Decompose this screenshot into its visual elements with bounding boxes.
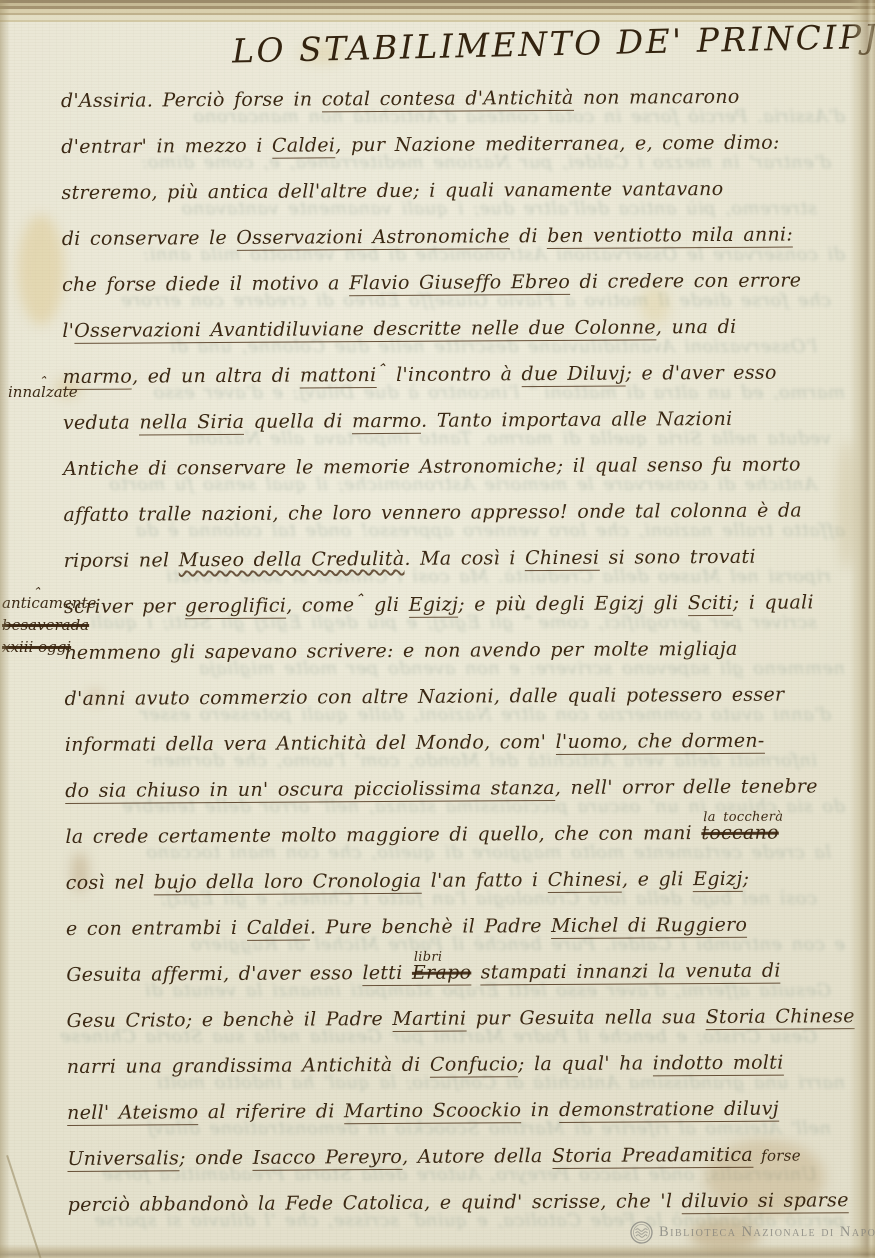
manuscript-line: riporsi nel Museo della Credulità. Ma co… — [64, 543, 868, 574]
manuscript-line: do sia chiuso in un' oscura picciolissim… — [65, 773, 869, 804]
text-segment: veduta — [63, 412, 140, 434]
manuscript-line: nell' Ateismo al riferire di Martino Sco… — [67, 1095, 871, 1126]
text-segment: nemmeno gli sapevano scrivere: e non ave… — [64, 638, 737, 664]
text-segment: . Ma così i — [404, 547, 525, 570]
underlined-text: l'uomo, che dormen- — [556, 730, 765, 755]
manuscript-line: la crede certamente molto maggiore di qu… — [65, 819, 869, 850]
underlined-text: Universalis — [67, 1147, 179, 1172]
manuscript-line: Gesuita affermi, d'aver esso letti libri… — [66, 957, 870, 988]
text-segment: gli — [365, 594, 409, 616]
manuscript-line: e con entrambi i Caldei. Pure benchè il … — [66, 911, 870, 942]
manuscript-line: marmo, ed un altra di mattoni⌃ l'incontr… — [63, 359, 867, 392]
underlined-text: Osservazioni Astronomiche — [236, 225, 510, 251]
text-segment: Gesuita affermi, d'aver esso — [66, 962, 362, 986]
text-segment: streremo, più antica dell'altre due; i q… — [61, 178, 723, 204]
text-segment: che forse diede il motivo a — [62, 272, 349, 296]
manuscript-line: di conservare le Osservazioni Astronomic… — [62, 221, 866, 252]
text-segment: d'Assiria. Perciò forse in — [61, 88, 322, 112]
text-segment: e con entrambi i — [66, 917, 247, 940]
manuscript-line: narri una grandissima Antichità di Confu… — [67, 1049, 871, 1080]
watermark-label: Biblioteca Nazionale di Napoli — [659, 1224, 875, 1241]
underlined-text: Museo della Credulità — [179, 548, 405, 571]
margin-note-anticamente: ⌃ anticamente besaverada xxiii oggi — [2, 592, 96, 658]
manuscript-line: che forse diede il motivo a Flavio Giuse… — [62, 267, 866, 298]
text-segment: non mancarono — [574, 86, 740, 109]
underlined-text: nell' Ateismo — [67, 1101, 199, 1126]
text-segment: , nell' orror delle tenebre — [555, 775, 818, 799]
underlined-text: Storia Preadamitica — [552, 1144, 753, 1169]
interlinear-insertion: la toccherà — [703, 805, 783, 831]
caret-mark: ⌃ — [354, 591, 364, 605]
underlined-text: Egizj — [409, 594, 459, 618]
underlined-text: Confucio — [430, 1053, 518, 1078]
text-segment: perciò abbandonò la Fede Catolica, e qui… — [68, 1190, 682, 1216]
text-segment: l'an fatto i — [421, 869, 548, 892]
text-segment: pur Gesuita nella sua — [466, 1006, 705, 1029]
underlined-text: Isacco Pereyro — [253, 1146, 402, 1171]
underlined-text: diluvio si sparse — [682, 1189, 849, 1214]
underlined-text: due Diluvj — [521, 363, 625, 388]
text-segment: quella di — [244, 410, 352, 433]
text-segment: di — [510, 225, 548, 247]
text-segment: così nel — [66, 871, 154, 894]
manuscript-line: Antiche di conservare le memorie Astrono… — [63, 451, 867, 482]
manuscript-line: informati della vera Antichità del Mondo… — [65, 727, 869, 758]
underlined-text: cotal contesa d'Antichità — [322, 87, 574, 113]
text-segment: , pur Nazione mediterranea, e, come dimo… — [335, 132, 780, 157]
text-segment: ; i quali — [733, 591, 814, 613]
margin-note-text: anticamente — [2, 592, 96, 614]
underlined-text: mattoni — [300, 364, 377, 388]
manuscript-line: scriver per geroglifici, come⌃ gli Egizj… — [64, 589, 868, 622]
text-segment: ; e d'aver esso — [625, 362, 776, 385]
text-segment: ; onde — [179, 1147, 253, 1169]
library-emblem-icon — [630, 1221, 653, 1244]
text-segment: ; — [743, 868, 750, 890]
text-segment: d'entrar' in mezzo i — [61, 135, 272, 158]
text-segment: si sono trovati — [599, 546, 756, 569]
underlined-text: Caldei — [247, 916, 310, 940]
manuscript-page: d'Assiria. Perciò forse in cotal contesa… — [0, 0, 875, 1258]
correction-stack: libriErapo — [412, 959, 472, 985]
underlined-text: indotto molti — [653, 1052, 784, 1077]
underlined-text: ben ventiotto mila anni: — [547, 224, 793, 250]
text-segment: ; e più degli Egizj gli — [458, 592, 688, 615]
text-segment: riporsi nel — [64, 549, 179, 572]
manuscript-line: Universalis; onde Isacco Pereyro, Autore… — [67, 1141, 871, 1173]
manuscript-line: affatto tralle nazioni, che loro vennero… — [63, 497, 867, 528]
underlined-text: Egizj — [693, 868, 743, 892]
underlined-text: Sciti — [688, 592, 733, 616]
manuscript-line: Gesu Cristo; e benchè il Padre Martini p… — [66, 1003, 870, 1034]
underlined-text: nella Siria — [139, 411, 244, 436]
text-segment: , e gli — [622, 868, 693, 890]
text-segment: informati della vera Antichità del Mondo… — [65, 731, 556, 756]
underlined-text: bujo della loro Cronologia — [154, 870, 422, 896]
text-segment: affatto tralle nazioni, che loro vennero… — [63, 499, 802, 526]
text-segment: d'anni avuto commerzio con altre Nazioni… — [65, 684, 785, 710]
manuscript-line: d'anni avuto commerzio con altre Nazioni… — [65, 681, 869, 712]
text-segment: , come — [286, 594, 354, 616]
underlined-text: stampati innanzi la venuta di — [481, 960, 781, 986]
underlined-text: Martino Scoockio — [344, 1099, 521, 1124]
underlined-text: Flavio Giuseffo Ebreo — [349, 271, 570, 296]
text-segment: di credere con errore — [570, 269, 801, 292]
correction-stack: la toccheràtoccano — [701, 820, 779, 846]
underlined-text: marmo — [352, 410, 421, 434]
manuscript-line: veduta nella Siria quella di marmo. Tant… — [63, 405, 867, 436]
underlined-text: Chinesi — [548, 869, 622, 893]
struck-margin-word: besaverada — [2, 614, 96, 636]
text-segment: l'incontro à — [387, 363, 522, 386]
text-segment: Gesu Cristo; e benchè il Padre — [67, 1008, 393, 1032]
underlined-text: geroglifici — [185, 595, 287, 620]
underlined-text: demonstratione diluvj — [559, 1098, 779, 1123]
underlined-text: Caldei — [272, 134, 335, 158]
caret-mark: ⌃ — [376, 361, 386, 375]
text-segment: , Autore della — [402, 1145, 552, 1168]
interlinear-insertion: libri — [414, 945, 443, 971]
library-watermark: Biblioteca Nazionale di Napoli — [630, 1221, 875, 1244]
manuscript-line: così nel bujo della loro Cronologia l'an… — [66, 865, 870, 896]
underlined-text: Osservazioni Avantidiluviane descritte n… — [74, 316, 656, 344]
text-segment: al riferire di — [198, 1100, 344, 1123]
underlined-text: letti — [362, 962, 412, 986]
manuscript-line: nemmeno gli sapevano scrivere: e non ave… — [64, 635, 868, 666]
caret-mark: ⌃ — [38, 370, 47, 392]
manuscript-line: streremo, più antica dell'altre due; i q… — [61, 175, 865, 206]
text-segment: . Pure benchè il Padre — [310, 915, 551, 938]
text-segment: l' — [62, 320, 74, 342]
text-segment: forse — [753, 1146, 801, 1164]
text-segment: narri una grandissima Antichità di — [67, 1054, 430, 1078]
underlined-text: Martini — [392, 1008, 466, 1032]
manuscript-body: d'Assiria. Perciò forse in cotal contesa… — [0, 0, 875, 1258]
underlined-text: Michel di Ruggiero — [551, 914, 747, 939]
underlined-text: Chinesi — [525, 547, 599, 571]
manuscript-line: perciò abbandonò la Fede Catolica, e qui… — [68, 1187, 872, 1218]
text-segment: , ed un altra di — [132, 365, 300, 388]
underlined-text: Storia Chinese — [706, 1005, 855, 1030]
manuscript-line: d'entrar' in mezzo i Caldei, pur Nazione… — [61, 129, 865, 160]
text-segment: ; la qual' ha — [518, 1052, 653, 1075]
caret-mark: ⌃ — [32, 581, 41, 603]
text-segment: Antiche di conservare le memorie Astrono… — [63, 453, 801, 480]
text-segment: di conservare le — [62, 227, 237, 250]
text-segment: in — [521, 1099, 559, 1121]
margin-note-innalzate: ⌃ innalzate — [8, 381, 78, 403]
text-segment: la crede certamente molto maggiore di qu… — [65, 822, 701, 848]
text-segment: . Tanto importava alle Nazioni — [421, 408, 732, 432]
struck-margin-word: xxiii oggi — [2, 636, 96, 658]
manuscript-line: l'Osservazioni Avantidiluviane descritte… — [62, 313, 866, 344]
manuscript-line: d'Assiria. Perciò forse in cotal contesa… — [61, 83, 865, 114]
text-segment: , una di — [656, 316, 737, 338]
underlined-text: do sia chiuso in un' oscura picciolissim… — [65, 777, 555, 804]
